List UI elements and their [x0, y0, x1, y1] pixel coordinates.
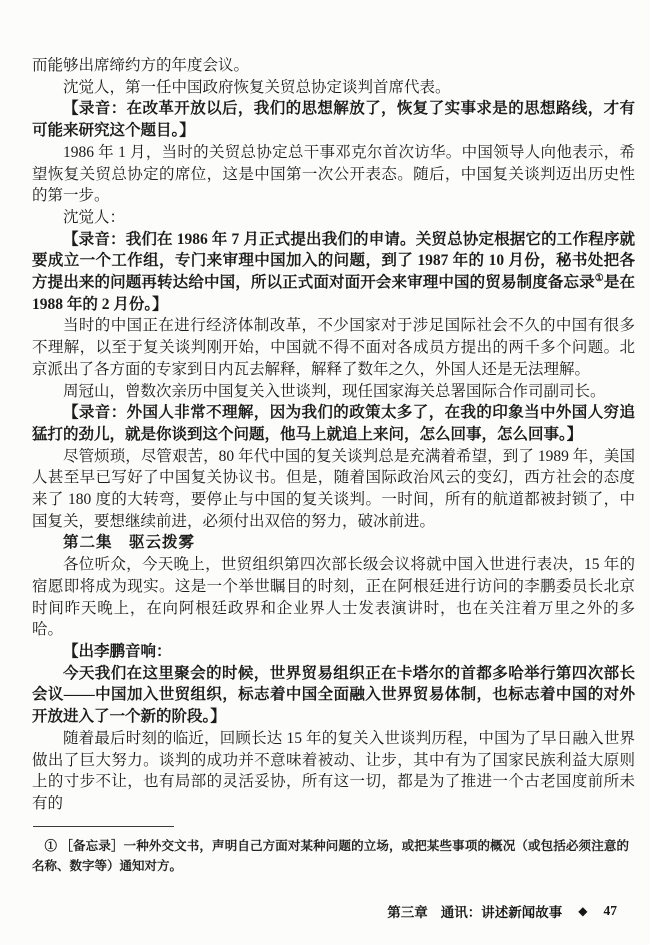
diamond-icon: ◆: [578, 904, 587, 919]
recording-quote-paragraph: 【录音：外国人非常不理解，因为我们的政策太多了，在我的印象当中外国人穷追猛打的劲…: [32, 402, 635, 445]
quote-text: 【录音：我们在 1986 年 7 月正式提出我们的申请。关贸总协定根据它的工作程…: [32, 231, 635, 291]
body-paragraph: 沈觉人：: [32, 207, 635, 229]
recording-quote-paragraph: 【录音：我们在 1986 年 7 月正式提出我们的申请。关贸总协定根据它的工作程…: [32, 229, 635, 316]
footnote-separator-rule: [33, 826, 174, 827]
recording-quote-paragraph: 今天我们在这里聚会的时候，世界贸易组织正在卡塔尔的首都多哈举行第四次部长会议——…: [32, 663, 635, 728]
main-text-block: 而能够出席缔约方的年度会议。 沈觉人，第一任中国政府恢复关贸总协定谈判首席代表。…: [32, 55, 635, 815]
recording-quote-paragraph: 【录音：在改革开放以后，我们的思想解放了，恢复了实事求是的思想路线，才有可能来研…: [32, 98, 635, 141]
page-footer: 第三章 通讯：讲述新闻故事 ◆ 47: [387, 901, 617, 921]
book-page: 而能够出席缔约方的年度会议。 沈觉人，第一任中国政府恢复关贸总协定谈判首席代表。…: [0, 0, 650, 945]
footer-chapter-label: 第三章: [387, 901, 428, 921]
body-paragraph: 而能够出席缔约方的年度会议。: [32, 55, 635, 77]
footer-chapter-title: 通讯：讲述新闻故事: [441, 901, 563, 921]
footnote: ① ［备忘录］一种外交文书，声明自己方面对某种问题的立场，或把某些事项的概况（或…: [32, 836, 635, 877]
body-paragraph: 周冠山，曾数次亲历中国复关入世谈判，现任国家海关总署国际合作司副司长。: [32, 381, 635, 403]
footnote-reference-marker: ①: [595, 273, 604, 284]
footnote-marker: ①: [45, 839, 58, 853]
footer-page-number: 47: [604, 903, 618, 919]
body-paragraph: 沈觉人，第一任中国政府恢复关贸总协定谈判首席代表。: [32, 77, 635, 99]
body-paragraph: 当时的中国正在进行经济体制改革，不少国家对于涉足国际社会不久的中国有很多不理解，…: [32, 315, 635, 380]
section-heading: 第二集 驱云拨雾: [32, 532, 635, 554]
footnote-text: ［备忘录］一种外交文书，声明自己方面对某种问题的立场，或把某些事项的概况（或包括…: [32, 839, 629, 874]
body-paragraph: 1986 年 1 月，当时的关贸总协定总干事邓克尔首次访华。中国领导人向他表示，…: [32, 142, 635, 207]
body-paragraph: 各位听众，今天晚上，世贸组织第四次部长级会议将就中国入世进行表决，15 年的宿愿…: [32, 554, 635, 641]
recording-quote-paragraph: 【出李鹏音响：: [32, 641, 635, 663]
body-paragraph: 随着最后时刻的临近，回顾长达 15 年的复关入世谈判历程，中国为了早日融入世界做…: [32, 728, 635, 815]
body-paragraph: 尽管烦琐，尽管艰苦，80 年代中国的复关谈判总是充满着希望，到了 1989 年，…: [32, 446, 635, 533]
